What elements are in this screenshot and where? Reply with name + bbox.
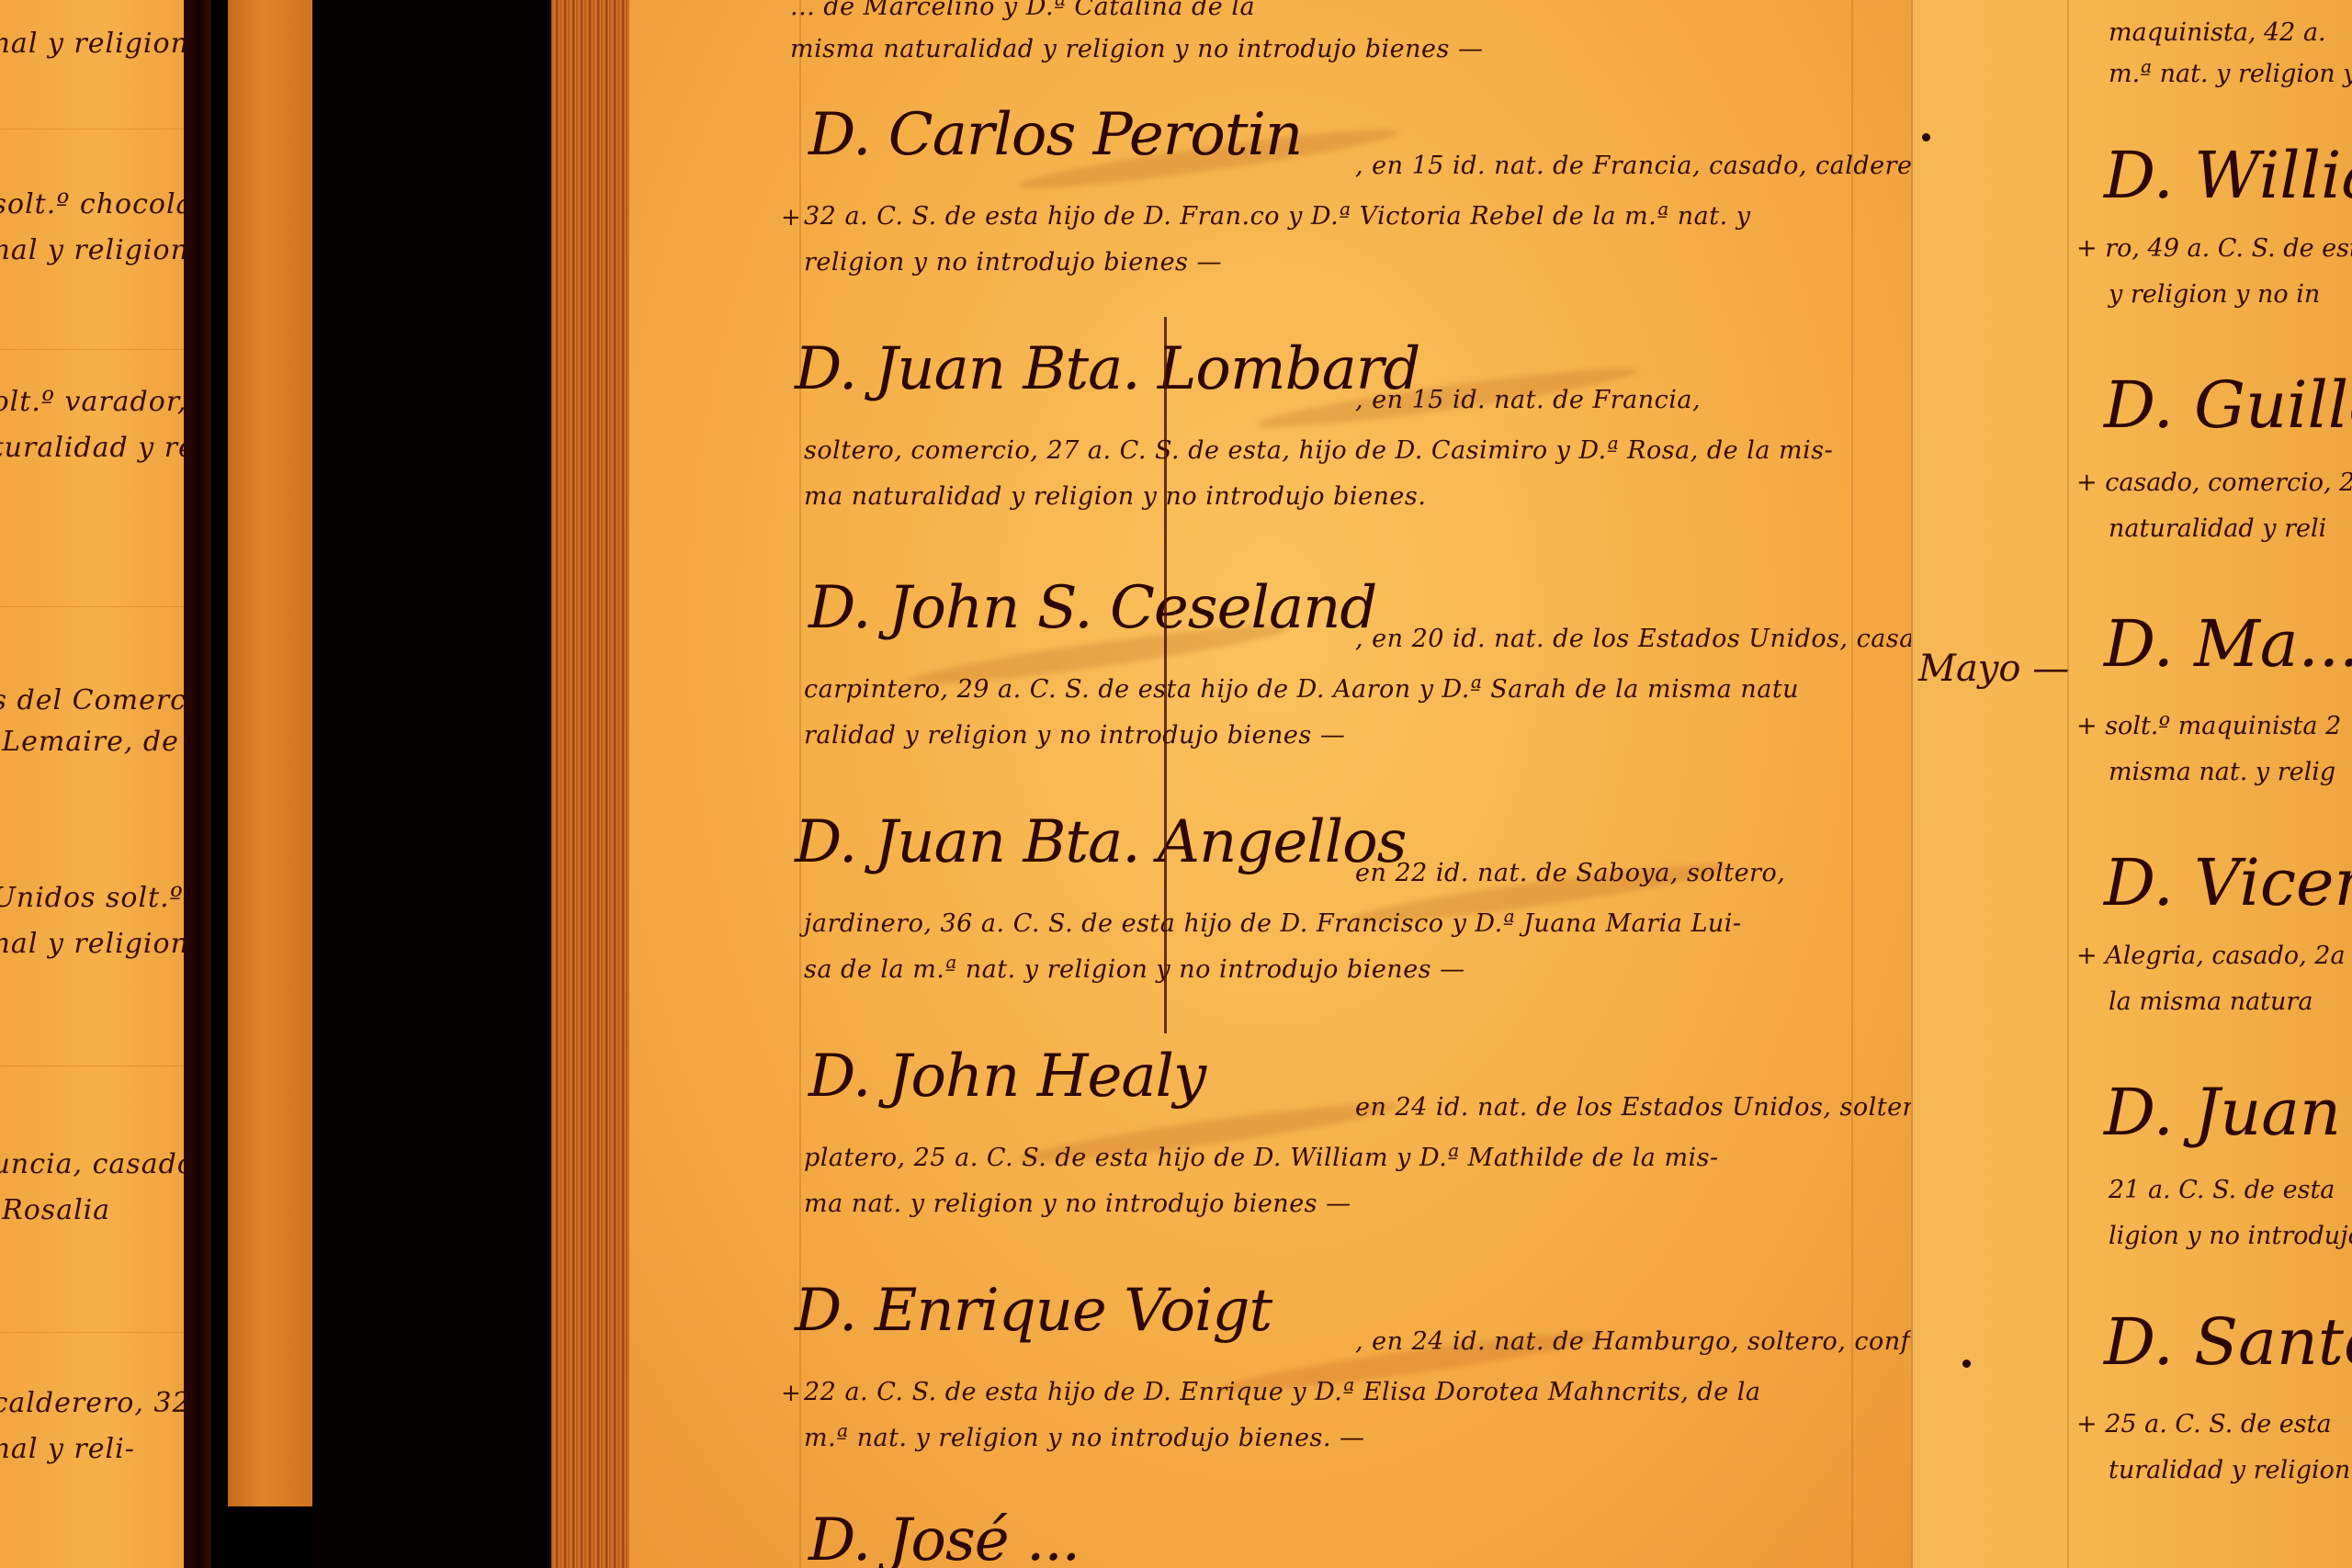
entry-detail-line: , en 20 id. nat. de los Estados Unidos, … [1355,625,1911,653]
ruled-line [0,1066,204,1066]
margin-cross-mark: + [781,1380,801,1407]
entry-detail-line: 21 a. C. S. de esta [2109,1176,2335,1204]
entry-name: D. Vicente [2104,845,2352,920]
entry-detail-line: m.ª nat. y religion y no introdujo biene… [804,1424,1365,1452]
entry-detail-line: + ro, 49 a. C. S. de esta [2076,234,2352,263]
entry-detail-line: + solt.º maquinista 2 [2076,712,2341,740]
entry-detail-line: , en 24 id. nat. de Hamburgo, soltero, c… [1355,1327,1911,1356]
entry-detail-line: la misma natura [2109,987,2312,1016]
handwritten-line: ...solt.º chocolate [0,188,204,220]
margin-rule [2067,0,2069,1568]
main-page: ... de Marcelino y D.ª Catalina de la mi… [629,0,1911,1568]
handwritten-line: ...uncia, casado, [0,1148,204,1180]
continuation-line: ... de Marcelino y D.ª Catalina de la [790,0,1255,21]
book-gutter [312,0,551,1568]
entry-detail-line: misma nat. y relig [2109,758,2335,786]
entry-detail-line: y religion y no in [2109,280,2320,309]
handwritten-line: ...turalidad y reli- [0,432,204,464]
entry-detail-line: + 25 a. C. S. de esta [2076,1410,2332,1438]
entry-detail-line: ralidad y religion y no introdujo bienes… [804,721,1345,750]
handwritten-line: ...nal y reli- [0,1433,135,1465]
entry-detail-line: maquinista, 42 a. [2109,18,2326,47]
handwritten-line: ... Lemaire, de [0,726,179,758]
entry-name: D. Ma... [2104,606,2352,682]
ruled-line [0,606,204,607]
entry-detail-line: platero, 25 a. C. S. de esta hijo de D. … [804,1144,1719,1172]
entry-detail-line: m.ª nat. y religion y [2109,60,2352,88]
entry-name: D. José ... [808,1506,1080,1568]
entry-name: D. John S. Ceseland [808,574,1376,642]
left-page-edge [184,0,211,1568]
handwritten-line: ...calderero, 32 a. [0,1387,204,1419]
entry-detail-line: sa de la m.ª nat. y religion y no introd… [804,955,1465,984]
entry-detail-line: jardinero, 36 a. C. S. de esta hijo de D… [804,909,1742,938]
entry-name: D. John Healy [808,1043,1205,1111]
entry-detail-line: ma nat. y religion y no introdujo bienes… [804,1190,1351,1218]
ruled-line [0,1332,204,1333]
entry-detail-line: + Alegria, casado, 2a [2076,942,2346,970]
entry-name: D. William [2104,138,2352,213]
ruled-line [0,349,204,350]
continuation-line: misma naturalidad y religion y no introd… [790,35,1483,63]
handwritten-line: ...olt.º varador, 29. [0,386,204,418]
entry-detail-line: soltero, comercio, 27 a. C. S. de esta, … [804,436,1833,465]
entry-detail-line: , en 15 id. nat. de Francia, [1355,386,1701,414]
ink-dot [1962,1359,1971,1368]
handwritten-line: ...Unidos solt.º pla [0,882,204,914]
month-label: Mayo — [1918,648,2069,690]
handwritten-line: ...nal y religion y [0,28,204,60]
page-edge-strip [228,0,312,1506]
right-page-fragment: Mayo — maquinista, 42 a.m.ª nat. y relig… [1911,0,2352,1568]
entry-name: D. Guillermo [2104,367,2352,443]
page-fold [1911,0,1913,1568]
left-page-fragment: ...nal y religion y...solt.º chocolate..… [0,0,204,1568]
ledger-photo: ...nal y religion y...solt.º chocolate..… [0,0,2352,1568]
entry-detail-line: 32 a. C. S. de esta hijo de D. Fran.co y… [804,202,1751,231]
entry-detail-line: carpintero, 29 a. C. S. de esta hijo de … [804,675,1799,704]
entry-detail-line: religion y no introdujo bienes — [804,248,1222,276]
entry-name: D. Santos [2104,1304,2352,1380]
entry-name: D. Enrique Voigt [795,1277,1272,1345]
pencil-vertical-line [1164,317,1167,1033]
entry-detail-line: naturalidad y reli [2109,514,2326,543]
handwritten-line: ... Rosalia [0,1194,110,1226]
entry-detail-line: en 22 id. nat. de Saboya, soltero, [1355,859,1785,887]
entry-detail-line: , en 15 id. nat. de Francia, casado, cal… [1355,152,1911,180]
entry-detail-line: 22 a. C. S. de esta hijo de D. Enrique y… [804,1378,1761,1406]
entry-name: D. Juan Bta. Angellos [795,808,1407,876]
handwritten-line: ...nal y religion y [0,234,204,266]
entry-name: D. Carlos Perotin [808,101,1302,169]
handwritten-line: ...s del Comercio, [0,684,204,716]
entry-name: D. Juan Bta. Lombard [795,335,1419,403]
entry-detail-line: turalidad y religion [2109,1456,2350,1484]
entry-detail-line: ma naturalidad y religion y no introdujo… [804,482,1426,511]
entry-detail-line: en 24 id. nat. de los Estados Unidos, so… [1355,1093,1911,1122]
entry-detail-line: + casado, comercio, 26. [2076,468,2352,497]
entry-name: D. Juan [2104,1075,2341,1150]
handwritten-line: ...nal y religion [0,928,189,960]
margin-cross-mark: + [781,204,801,231]
page-stack-edges [551,0,629,1568]
ruled-line [0,129,204,130]
ink-dot [1922,133,1930,141]
entry-detail-line: ligion y no introdujo [2109,1222,2352,1250]
